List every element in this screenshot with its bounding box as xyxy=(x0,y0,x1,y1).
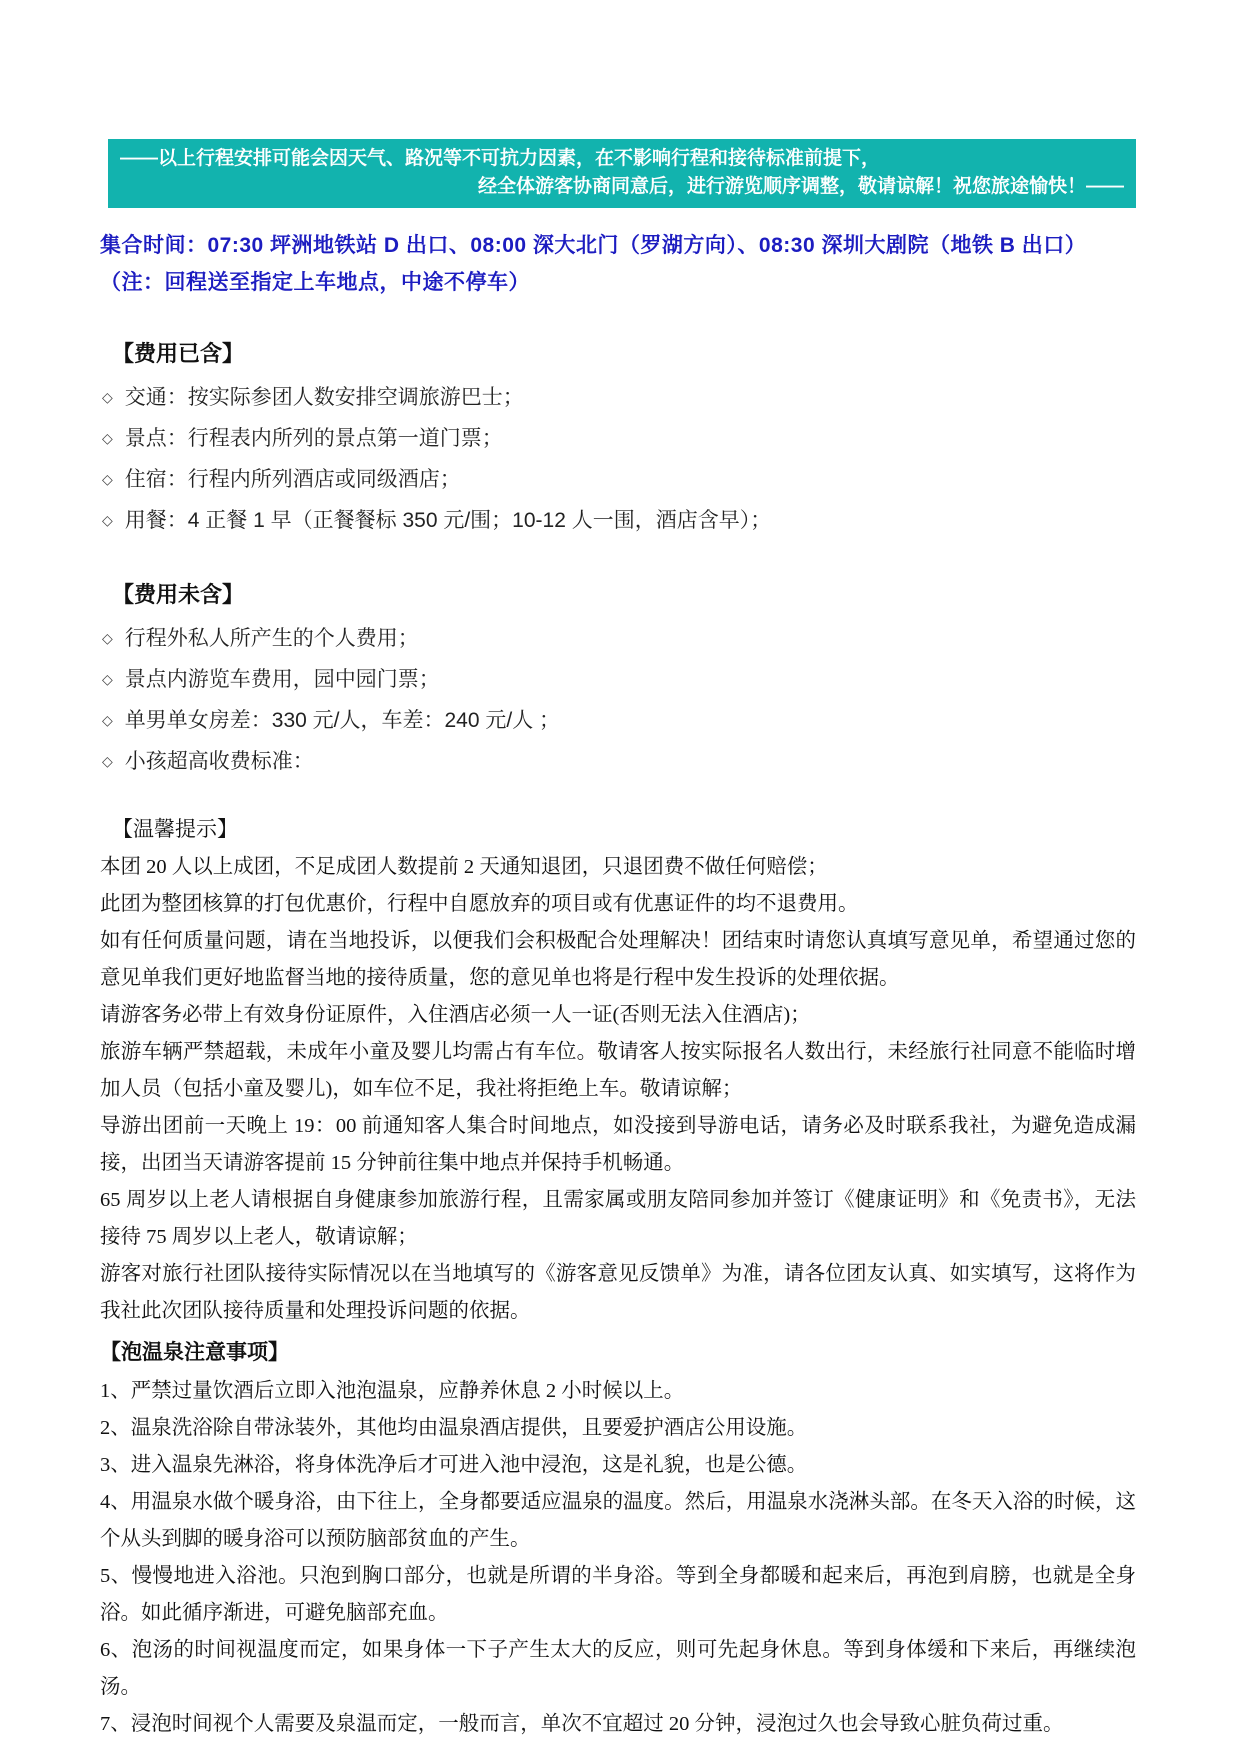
fee-included-item-text: 交通：按实际参团人数安排空调旅游巴士； xyxy=(125,386,524,409)
warm-tips-paragraph: 旅游车辆严禁超载，未成年小童及婴儿均需占有车位。敬请客人按实际报名人数出行，未经… xyxy=(100,1034,1136,1108)
meeting-time-info: 集合时间：07:30 坪洲地铁站 D 出口、08:00 深大北门（罗湖方向）、0… xyxy=(100,227,1136,301)
fee-excluded-section: 【费用未含】 ◇行程外私人所产生的个人费用； ◇景点内游览车费用，园中园门票； … xyxy=(100,578,1136,783)
fee-excluded-item-text: 小孩超高收费标准： xyxy=(125,750,314,773)
meeting-line-1: 集合时间：07:30 坪洲地铁站 D 出口、08:00 深大北门（罗湖方向）、0… xyxy=(100,227,1136,264)
fee-excluded-item: ◇小孩超高收费标准： xyxy=(100,742,1136,783)
diamond-bullet-icon: ◇ xyxy=(102,618,113,658)
fee-excluded-item-text: 单男单女房差：330 元/人，车差：240 元/人 ； xyxy=(125,709,560,732)
warm-tips-paragraph: 本团 20 人以上成团，不足成团人数提前 2 天通知退团，只退团费不做任何赔偿； xyxy=(100,849,1136,886)
fee-excluded-item: ◇行程外私人所产生的个人费用； xyxy=(100,619,1136,660)
hot-spring-note: 7、浸泡时间视个人需要及泉温而定，一般而言，单次不宜超过 20 分钟，浸泡过久也… xyxy=(100,1706,1136,1743)
banner-line-2: 经全体游客协商同意后，进行游览顺序调整，敬请谅解！祝您旅途愉快！—— xyxy=(120,173,1124,201)
diamond-bullet-icon: ◇ xyxy=(102,700,113,740)
warm-tips-paragraph: 导游出团前一天晚上 19：00 前通知客人集合时间地点，如没接到导游电话，请务必… xyxy=(100,1108,1136,1182)
meeting-line-2: （注：回程送至指定上车地点，中途不停车） xyxy=(100,264,1136,301)
fee-excluded-item-text: 行程外私人所产生的个人费用； xyxy=(125,627,419,650)
document-page: ——以上行程安排可能会因天气、路况等不可抗力因素，在不影响行程和接待标准前提下，… xyxy=(0,0,1236,1743)
fee-included-section: 【费用已含】 ◇交通：按实际参团人数安排空调旅游巴士； ◇景点：行程表内所列的景… xyxy=(100,337,1136,542)
warm-tips-paragraph: 请游客务必带上有效身份证原件，入住酒店必须一人一证(否则无法入住酒店)； xyxy=(100,997,1136,1034)
hot-spring-note: 3、进入温泉先淋浴，将身体洗净后才可进入池中浸泡，这是礼貌，也是公德。 xyxy=(100,1447,1136,1484)
fee-included-item: ◇住宿：行程内所列酒店或同级酒店； xyxy=(100,460,1136,501)
diamond-bullet-icon: ◇ xyxy=(102,741,113,781)
hot-spring-note: 5、慢慢地进入浴池。只泡到胸口部分，也就是所谓的半身浴。等到全身都暖和起来后，再… xyxy=(100,1558,1136,1632)
fee-excluded-item-text: 景点内游览车费用，园中园门票； xyxy=(125,668,440,691)
diamond-bullet-icon: ◇ xyxy=(102,377,113,417)
hot-spring-note: 4、用温泉水做个暖身浴，由下往上，全身都要适应温泉的温度。然后，用温泉水浇淋头部… xyxy=(100,1484,1136,1558)
warm-tips-paragraph: 游客对旅行社团队接待实际情况以在当地填写的《游客意见反馈单》为准，请各位团友认真… xyxy=(100,1256,1136,1330)
diamond-bullet-icon: ◇ xyxy=(102,418,113,458)
banner-line-1: ——以上行程安排可能会因天气、路况等不可抗力因素，在不影响行程和接待标准前提下， xyxy=(120,145,1124,173)
fee-included-item: ◇用餐：4 正餐 1 早（正餐餐标 350 元/围；10-12 人一围，酒店含早… xyxy=(100,501,1136,542)
fee-excluded-title: 【费用未含】 xyxy=(112,578,1136,609)
fee-included-item-text: 用餐：4 正餐 1 早（正餐餐标 350 元/围；10-12 人一围，酒店含早）… xyxy=(125,509,771,532)
fee-included-item-text: 住宿：行程内所列酒店或同级酒店； xyxy=(125,468,461,491)
warm-tips-paragraph: 如有任何质量问题，请在当地投诉，以便我们会积极配合处理解决！团结束时请您认真填写… xyxy=(100,923,1136,997)
fee-included-item-text: 景点：行程表内所列的景点第一道门票； xyxy=(125,427,503,450)
hot-spring-note: 6、泡汤的时间视温度而定，如果身体一下子产生太大的反应，则可先起身休息。等到身体… xyxy=(100,1632,1136,1706)
warm-tips-paragraph: 65 周岁以上老人请根据自身健康参加旅游行程，且需家属或朋友陪同参加并签订《健康… xyxy=(100,1182,1136,1256)
fee-excluded-item: ◇单男单女房差：330 元/人，车差：240 元/人 ； xyxy=(100,701,1136,742)
hot-spring-notes-section: 【泡温泉注意事项】 1、严禁过量饮酒后立即入池泡温泉，应静养休息 2 小时候以上… xyxy=(100,1336,1136,1743)
warm-tips-paragraph: 此团为整团核算的打包优惠价，行程中自愿放弃的项目或有优惠证件的均不退费用。 xyxy=(100,886,1136,923)
fee-excluded-item: ◇景点内游览车费用，园中园门票； xyxy=(100,660,1136,701)
diamond-bullet-icon: ◇ xyxy=(102,500,113,540)
hot-spring-notes-title: 【泡温泉注意事项】 xyxy=(100,1336,1136,1366)
diamond-bullet-icon: ◇ xyxy=(102,659,113,699)
fee-included-item: ◇交通：按实际参团人数安排空调旅游巴士； xyxy=(100,378,1136,419)
hot-spring-note: 1、严禁过量饮酒后立即入池泡温泉，应静养休息 2 小时候以上。 xyxy=(100,1373,1136,1410)
fee-included-item: ◇景点：行程表内所列的景点第一道门票； xyxy=(100,419,1136,460)
warm-tips-title: 【温馨提示】 xyxy=(112,813,1136,843)
diamond-bullet-icon: ◇ xyxy=(102,459,113,499)
hot-spring-note: 2、温泉洗浴除自带泳装外，其他均由温泉酒店提供，且要爱护酒店公用设施。 xyxy=(100,1410,1136,1447)
warm-tips-section: 【温馨提示】 本团 20 人以上成团，不足成团人数提前 2 天通知退团，只退团费… xyxy=(100,813,1136,1330)
itinerary-notice-banner: ——以上行程安排可能会因天气、路况等不可抗力因素，在不影响行程和接待标准前提下，… xyxy=(108,139,1136,208)
fee-included-title: 【费用已含】 xyxy=(112,337,1136,368)
